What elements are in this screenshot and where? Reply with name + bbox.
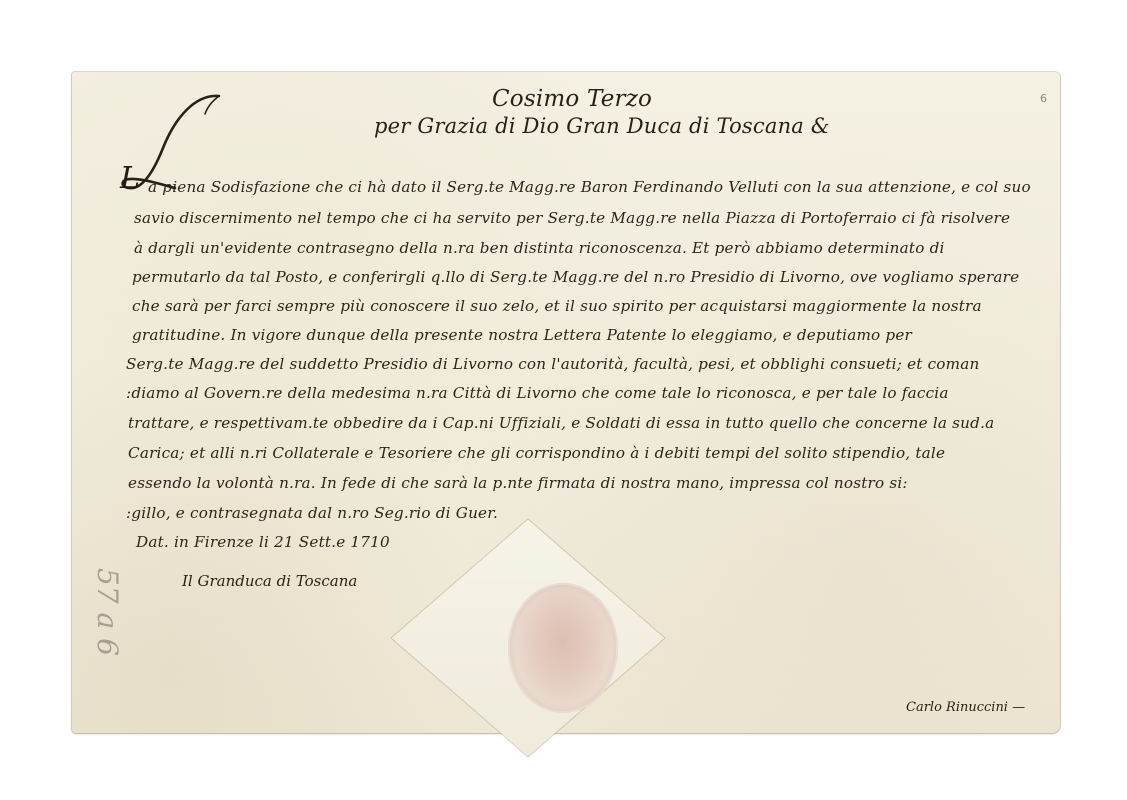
- body-line-12: :gillo, e contrasegnata dal n.ro Seg.rio…: [126, 504, 498, 522]
- document-stage: 6 Cosimo Terzo per Grazia di Dio Gran Du…: [0, 0, 1127, 800]
- pencil-annotation: 57 a 6: [91, 568, 124, 656]
- body-line-9: trattare, e respettivam.te obbedire da i…: [128, 414, 994, 432]
- body-line-1: a piena Sodisfazione che ci hà dato il S…: [148, 178, 1031, 196]
- document-title: Cosimo Terzo: [492, 86, 652, 112]
- dating-line: Dat. in Firenze li 21 Sett.e 1710: [136, 533, 390, 551]
- body-line-3: à dargli un'evidente contrasegno della n…: [134, 239, 945, 257]
- body-line-2: savio discernimento nel tempo che ci ha …: [134, 209, 1010, 227]
- secretary-signature: Carlo Rinuccini —: [906, 700, 1025, 715]
- body-line-8: :diamo al Govern.re della medesima n.ra …: [126, 384, 949, 402]
- wax-seal-area: [418, 538, 668, 738]
- body-line-11: essendo la volontà n.ra. In fede di che …: [128, 474, 908, 492]
- body-line-5: che sarà per farci sempre più conoscere …: [132, 297, 982, 315]
- document-subtitle: per Grazia di Dio Gran Duca di Toscana &: [374, 114, 830, 138]
- grand-duke-signature: Il Granduca di Toscana: [182, 572, 357, 590]
- body-line-10: Carica; et alli n.ri Collaterale e Tesor…: [128, 444, 945, 462]
- initial-letter: L: [120, 164, 140, 194]
- body-line-7: Serg.te Magg.re del suddetto Presidio di…: [126, 355, 979, 373]
- body-line-6: gratitudine. In vigore dunque della pres…: [132, 326, 912, 344]
- body-line-4: permutarlo da tal Posto, e conferirgli q…: [132, 268, 1019, 286]
- seal-icon: [508, 583, 618, 713]
- corner-pencil-mark: 6: [1040, 92, 1047, 105]
